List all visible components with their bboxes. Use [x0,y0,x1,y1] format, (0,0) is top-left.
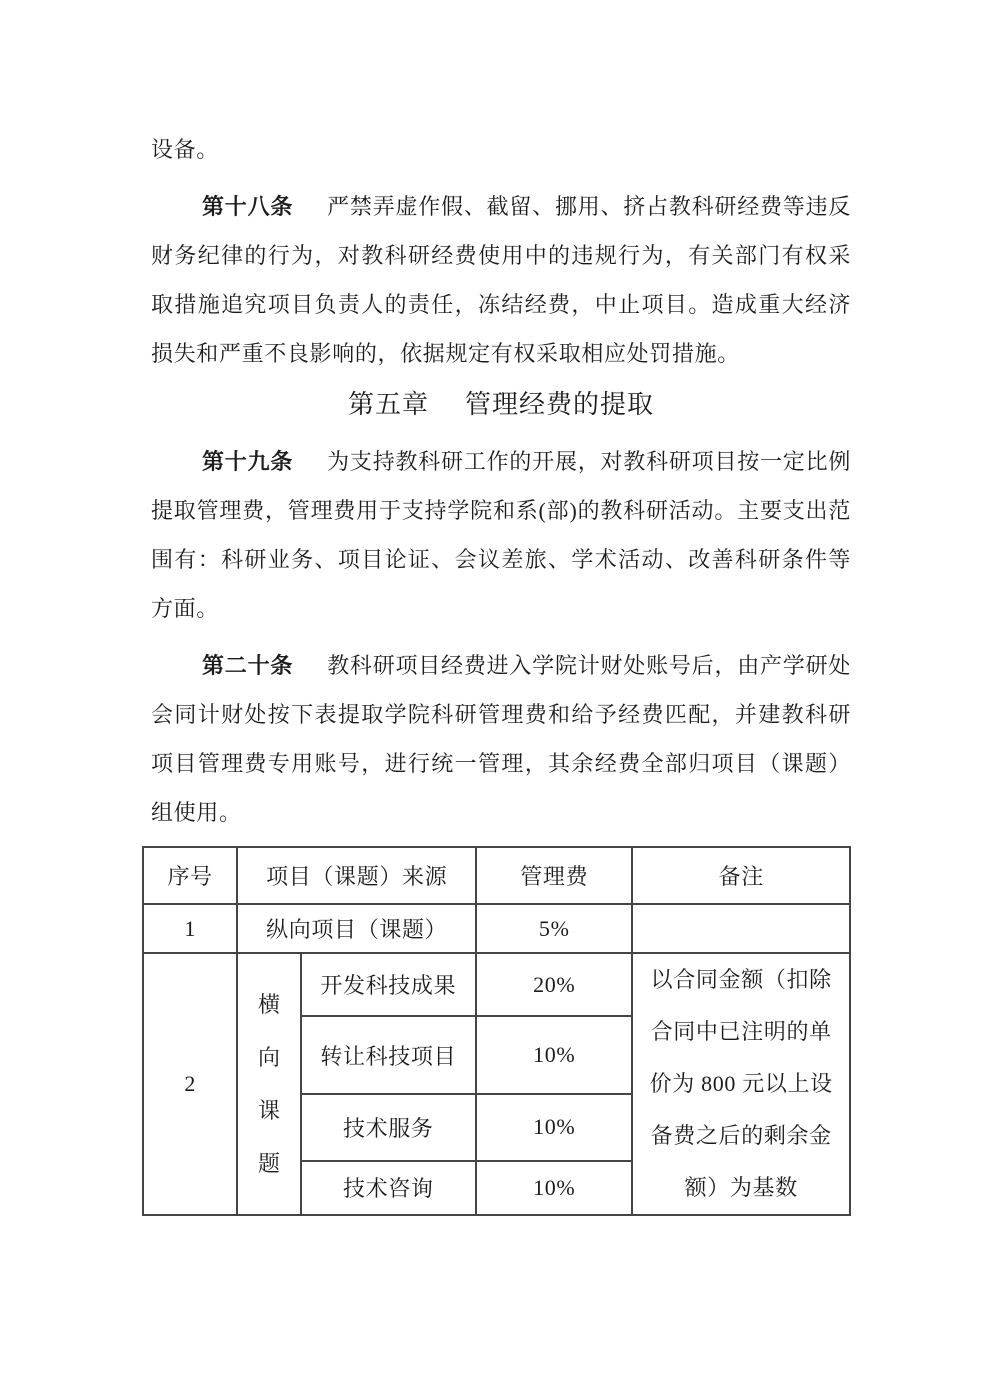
paragraph-continuation: 设备。 [151,125,851,174]
chapter-number: 第五章 [348,390,429,419]
cell-item4-fee: 10% [476,1161,632,1215]
cell-row1-fee: 5% [476,904,632,953]
table-header-row: 序号 项目（课题）来源 管理费 备注 [143,847,850,904]
article-19-body: 为支持教科研工作的开展，对教科研项目按一定比例提取管理费，管理费用于支持学院和系… [151,449,851,621]
article-20-label: 第二十条 [202,653,293,678]
document-body: 设备。 第十八条严禁弄虚作假、截留、挪用、挤占教科研经费等违反财务纪律的行为，对… [151,125,851,1216]
cell-row1-no: 1 [143,904,237,953]
cell-item2-source: 转让科技项目 [301,1016,477,1094]
header-cell-source: 项目（课题）来源 [237,847,476,904]
document-page: 设备。 第十八条严禁弄虚作假、截留、挪用、挤占教科研经费等违反财务纪律的行为，对… [0,0,992,1398]
vertical-category-label: 横向课题 [257,978,281,1190]
cell-row2-no: 2 [143,953,237,1215]
header-cell-fee: 管理费 [476,847,632,904]
article-19: 第十九条为支持教科研工作的开展，对教科研项目按一定比例提取管理费，管理费用于支持… [151,437,851,633]
article-20-body: 教科研项目经费进入学院计财处账号后，由产学研处会同计财处按下表提取学院科研管理费… [151,653,851,825]
cell-item1-fee: 20% [476,953,632,1016]
cell-row1-note [632,904,850,953]
table-row-vertical-projects: 1 纵向项目（课题） 5% [143,904,850,953]
header-cell-note: 备注 [632,847,850,904]
cell-row2-note: 以合同金额（扣除合同中已注明的单价为 800 元以上设备费之后的剩余金额）为基数 [632,953,850,1215]
article-18-label: 第十八条 [202,194,293,219]
cell-item1-source: 开发科技成果 [301,953,477,1016]
cell-item3-source: 技术服务 [301,1094,477,1161]
cell-row1-source: 纵向项目（课题） [237,904,476,953]
cell-item3-fee: 10% [476,1094,632,1161]
article-20: 第二十条教科研项目经费进入学院计财处账号后，由产学研处会同计财处按下表提取学院科… [151,641,851,837]
table-row-develop-tech: 2 横向课题 开发科技成果 20% 以合同金额（扣除合同中已注明的单价为 800… [143,953,850,1016]
cell-item2-fee: 10% [476,1016,632,1094]
cell-item4-source: 技术咨询 [301,1161,477,1215]
cell-row2-category: 横向课题 [237,953,300,1215]
row2-note-text: 以合同金额（扣除合同中已注明的单价为 800 元以上设备费之后的剩余金额）为基数 [644,954,838,1214]
header-cell-no: 序号 [143,847,237,904]
article-18: 第十八条严禁弄虚作假、截留、挪用、挤占教科研经费等违反财务纪律的行为，对教科研经… [151,182,851,378]
chapter-title: 管理经费的提取 [465,390,654,419]
chapter-heading: 第五章管理经费的提取 [151,380,851,429]
article-18-body: 严禁弄虚作假、截留、挪用、挤占教科研经费等违反财务纪律的行为，对教科研经费使用中… [151,194,851,366]
article-19-label: 第十九条 [202,449,293,474]
fee-table: 序号 项目（课题）来源 管理费 备注 1 纵向项目（课题） 5% 2 横向课题 … [142,846,851,1216]
